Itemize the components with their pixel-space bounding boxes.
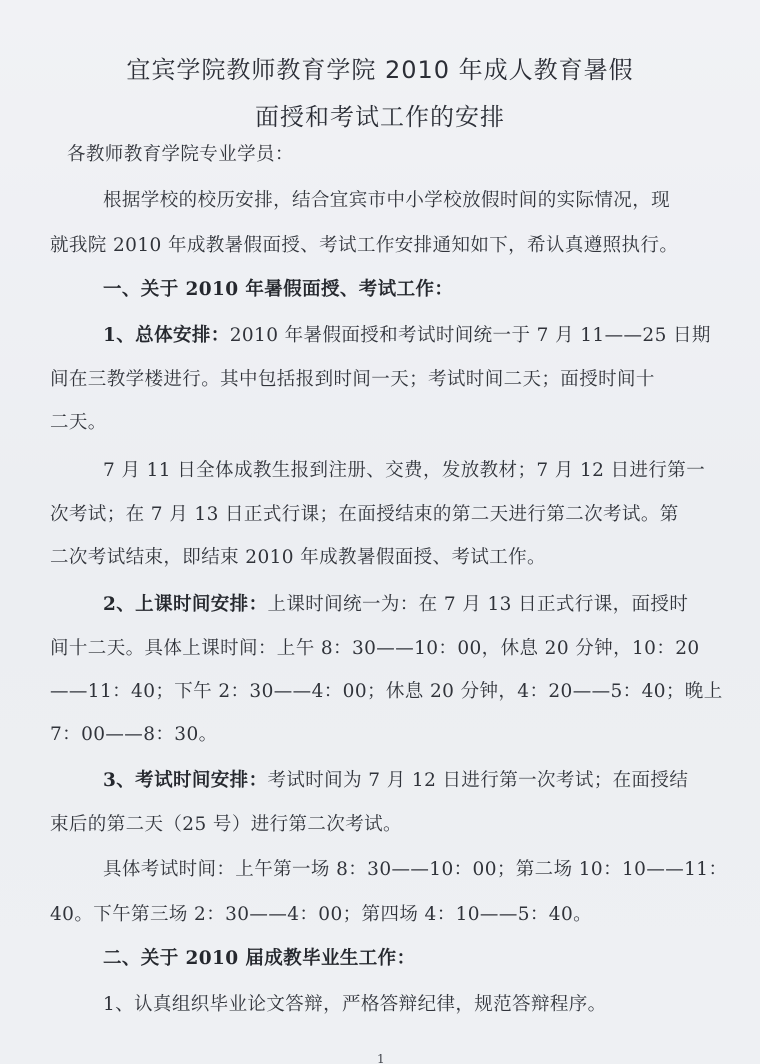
item-2-line-3: ——11：40；下午 2：30——4：00；休息 20 分钟，4：20——5：4… [50, 677, 723, 703]
item-1-line-1: 1、总体安排：2010 年暑假面授和考试时间统一于 7 月 11——25 日期 [103, 321, 711, 347]
section-2-item-1: 1、认真组织毕业论文答辩，严格答辩纪律，规范答辩程序。 [103, 990, 607, 1016]
item-1-detail-line-1: 7 月 11 日全体成教生报到注册、交费，发放教材；7 月 12 日进行第一 [103, 456, 705, 482]
item-1-detail-line-2: 次考试；在 7 月 13 日正式行课；在面授结束的第二天进行第二次考试。第 [50, 500, 679, 526]
intro-line-1: 根据学校的校历安排，结合宜宾市中小学校放假时间的实际情况，现 [103, 186, 670, 212]
section-2-heading: 二、关于 2010 届成教毕业生工作： [103, 944, 415, 970]
item-2-label: 2、上课时间安排： [103, 594, 267, 615]
section-1-heading-text: 一、关于 2010 年暑假面授、考试工作： [103, 279, 453, 300]
item-3-detail-line-2: 40。下午第三场 2：30——4：00；第四场 4：10——5：40。 [50, 900, 592, 926]
item-3-detail-line-1: 具体考试时间：上午第一场 8：30——10：00；第二场 10：10——11： [103, 855, 727, 881]
intro-line-2: 就我院 2010 年成教暑假面授、考试工作安排通知如下，希认真遵照执行。 [50, 231, 678, 257]
item-1-detail-line-3: 二次考试结束，即结束 2010 年成教暑假面授、考试工作。 [50, 543, 546, 569]
item-1-label: 1、总体安排： [103, 325, 230, 346]
item-2-line-4: 7：00——8：30。 [50, 720, 218, 746]
document-page: 宜宾学院教师教育学院 2010 年成人教育暑假 面授和考试工作的安排 各教师教育… [0, 0, 760, 1064]
item-3-label: 3、考试时间安排： [103, 770, 267, 791]
item-2-line-2: 间十二天。具体上课时间：上午 8：30——10：00，休息 20 分钟，10：2… [50, 634, 700, 660]
greeting: 各教师教育学院专业学员： [67, 140, 294, 166]
item-1-line-3: 二天。 [50, 408, 107, 434]
item-3-text: 考试时间为 7 月 12 日进行第一次考试；在面授结 [267, 770, 688, 791]
section-1-heading: 一、关于 2010 年暑假面授、考试工作： [103, 275, 453, 301]
item-2-line-1: 2、上课时间安排：上课时间统一为：在 7 月 13 日正式行课，面授时 [103, 590, 688, 616]
item-3-line-1: 3、考试时间安排：考试时间为 7 月 12 日进行第一次考试；在面授结 [103, 766, 688, 792]
document-title-line-1: 宜宾学院教师教育学院 2010 年成人教育暑假 [0, 50, 760, 85]
item-2-text: 上课时间统一为：在 7 月 13 日正式行课，面授时 [267, 594, 688, 615]
page-number: 1 [377, 1052, 385, 1064]
item-3-line-2: 束后的第二天（25 号）进行第二次考试。 [50, 810, 402, 836]
item-1-text: 2010 年暑假面授和考试时间统一于 7 月 11——25 日期 [230, 325, 711, 346]
section-2-heading-text: 二、关于 2010 届成教毕业生工作： [103, 948, 415, 969]
item-1-line-2: 间在三教学楼进行。其中包括报到时间一天；考试时间二天；面授时间十 [50, 365, 655, 391]
document-title-line-2: 面授和考试工作的安排 [0, 97, 760, 132]
